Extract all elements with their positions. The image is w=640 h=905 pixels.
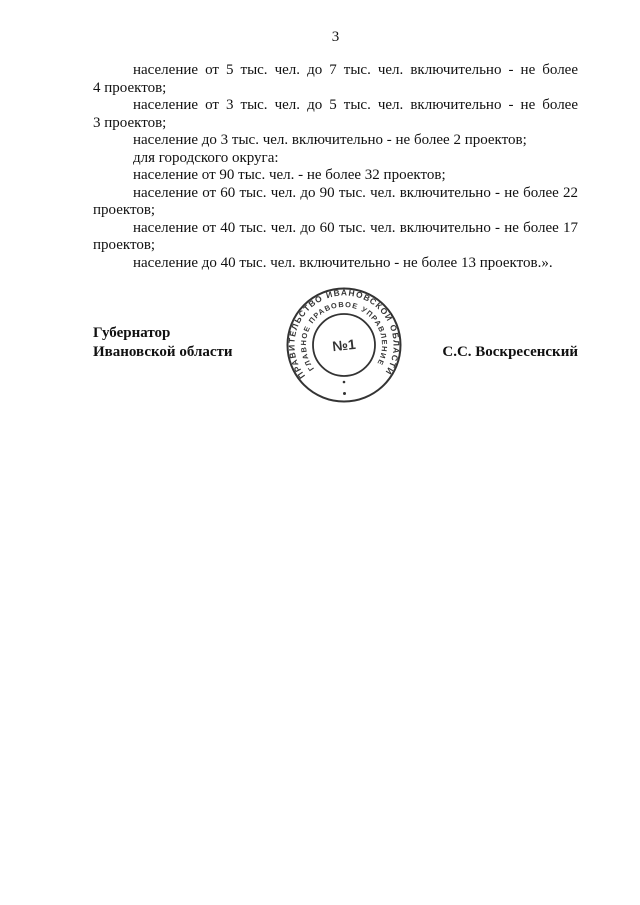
body-line: население от 60 тыс. чел. до 90 тыс. чел… <box>93 185 578 203</box>
body-line: население до 3 тыс. чел. включительно - … <box>93 132 578 150</box>
signatory-title-line1: Губернатор <box>93 324 233 343</box>
body-line: население от 90 тыс. чел. - не более 32 … <box>93 167 578 185</box>
body-line: население от 3 тыс. чел. до 5 тыс. чел. … <box>93 97 578 115</box>
document-page: 3 население от 5 тыс. чел. до 7 тыс. чел… <box>0 0 640 905</box>
seal-separator-dot <box>343 392 346 395</box>
body-line: 3 проектов; <box>93 115 578 133</box>
body-line: население до 40 тыс. чел. включительно -… <box>93 255 578 273</box>
body-line: население от 5 тыс. чел. до 7 тыс. чел. … <box>93 62 578 80</box>
seal-separator-dot <box>343 381 346 384</box>
page-number: 3 <box>93 29 578 45</box>
body-line: проектов; <box>93 202 578 220</box>
official-seal: ПРАВИТЕЛЬСТВО ИВАНОВСКОЙ ОБЛАСТИ ГЛАВНОЕ… <box>281 282 407 408</box>
body-text-block: население от 5 тыс. чел. до 7 тыс. чел. … <box>93 62 578 272</box>
seal-graphic: ПРАВИТЕЛЬСТВО ИВАНОВСКОЙ ОБЛАСТИ ГЛАВНОЕ… <box>281 282 407 408</box>
seal-number: №1 <box>332 336 357 354</box>
body-line: 4 проектов; <box>93 80 578 98</box>
body-line: проектов; <box>93 237 578 255</box>
body-line: население от 40 тыс. чел. до 60 тыс. чел… <box>93 220 578 238</box>
body-line: для городского округа: <box>93 150 578 168</box>
